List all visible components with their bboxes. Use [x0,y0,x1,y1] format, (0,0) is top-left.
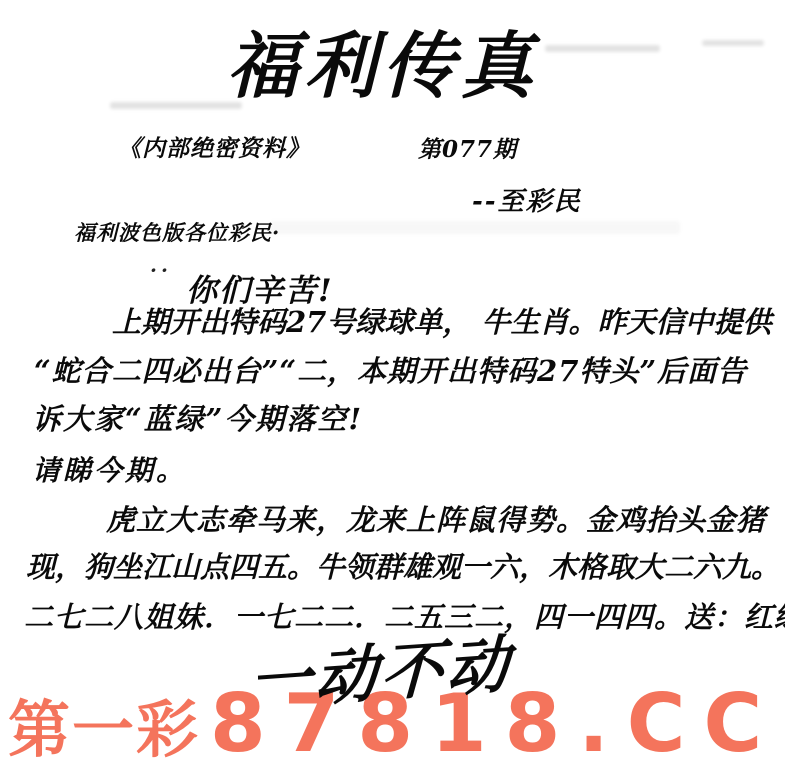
greeting-dots: ·· [150,258,172,282]
seal-calligraphy: 一动不动 [248,633,514,714]
fax-document-page: 福利传真 《内部绝密资料》 第077期 --至彩民 福利波色版各位彩民· ·· … [0,0,785,772]
paragraph1-line-2: “蛇合二四必出台”“二，本期开出特码27特头”后面告 [34,357,747,386]
paragraph2-line-1: 虎立大志牵马来，龙来上阵鼠得势。金鸡抬头金猪 [106,506,766,535]
paragraph1-line-1: 上期开出特码27号绿球单， 牛生肖。昨天信中提供 [112,308,771,337]
watermark-brand: 第一彩 [8,693,200,766]
scan-artifact [270,221,680,234]
greeting-line: 你们辛苦! [186,265,334,310]
paragraph2-line-2: 现，狗坐江山点四五。牛领群雄观一六，木格取大二六九。 [26,553,780,582]
page-title: 福利传真 [0,30,765,102]
salutation-line: 福利波色版各位彩民· [74,217,280,247]
issue-number: 第077期 [418,131,517,164]
paragraph2-line-3: 二七二八姐妹．一七二二．二五三二，四一四四。送：红绿 [24,603,785,632]
scan-artifact [545,45,660,52]
source-label: 《内部绝密资料》 [118,130,310,163]
paragraph1-line-4: 请睇今期。 [32,457,187,485]
dedication-line: --至彩民 [472,181,582,218]
paragraph1-line-3: 诉大家“蓝绿”今期落空! [32,405,363,434]
scan-artifact [702,40,764,46]
scan-artifact [110,102,242,109]
